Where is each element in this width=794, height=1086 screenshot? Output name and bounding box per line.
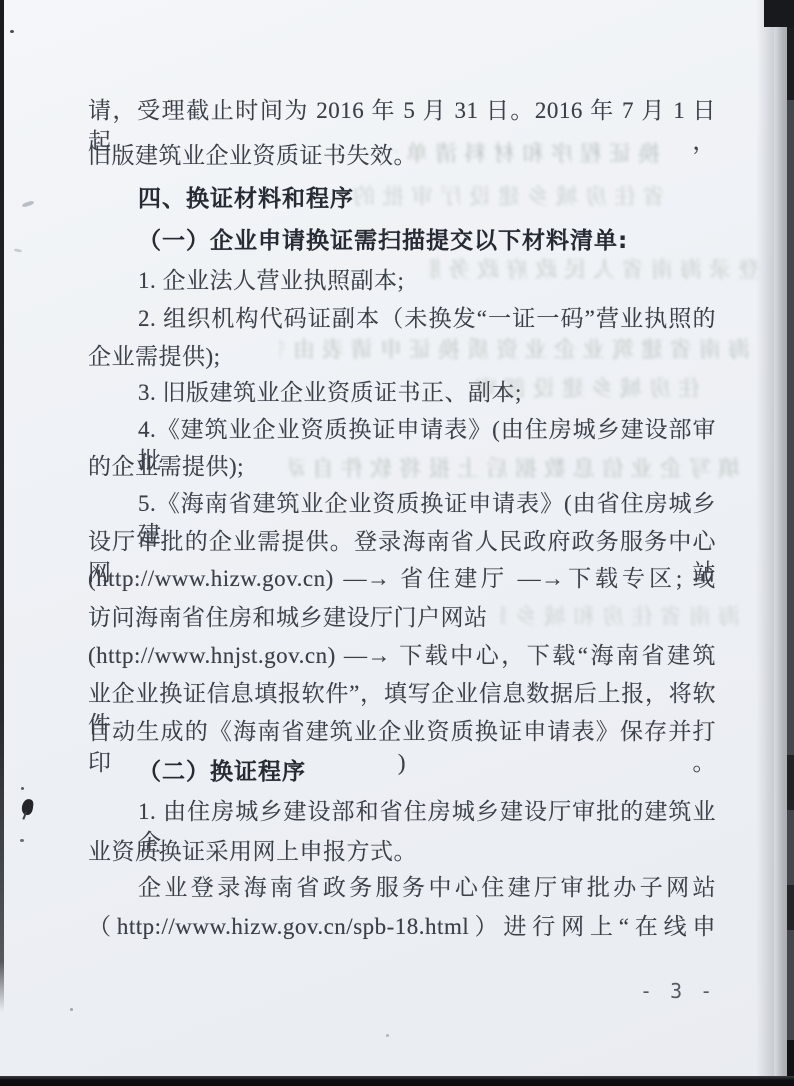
bleedthrough-text: 填写企业信息数据后上报将软件自动生成 [290,452,740,483]
url-line-hizw: (http://www.hizw.gov.cn) —→ 省住建厅 —→下载专区;… [88,563,716,594]
doc-line-login: 企业登录海南省政务服务中心住建厅审批办子网站 [138,872,716,903]
scan-speck [386,1034,389,1037]
bleedthrough-text: 住房城乡建设部审批的 [470,372,700,403]
url-line-hnjst: (http://www.hnjst.gov.cn) —→ 下载中心，下载“海南省… [88,640,716,671]
page-number: - 3 - [640,979,715,1003]
bleedthrough-text: 海南省住房和城乡建设 [500,600,740,631]
bleedthrough-text: 换证程序和材料清单企业资 [395,137,660,168]
scan-speck [14,248,22,253]
scan-edge-segment [787,885,794,930]
bleedthrough-text: 海南省建筑业企业资质换证申请表由省住房城 [280,333,750,364]
scan-corner-top-right [764,0,794,27]
bleedthrough-text: 省住房城乡建设厅审批的企业需 [345,180,665,211]
scan-speck [22,200,35,208]
scan-speck [21,787,24,790]
scan-speck [20,839,24,842]
scan-edge-segment [787,755,794,810]
procedure-item-1-continuation: 业资质换证采用网上申报方式。 [88,836,716,867]
scan-edge-right-dark [787,0,794,1086]
scan-speck [10,30,14,33]
paper-edge-shadow [756,0,774,1086]
scan-edge-left [0,0,4,1012]
ink-blot [21,798,34,815]
subsection-heading-2: （二）换证程序 [138,757,716,788]
scan-speck [70,1008,73,1011]
scan-edge-bottom [0,1076,794,1086]
bleedthrough-text: 登录海南省人民政府政务服务中心 [430,253,760,284]
url-line-spb18: （http://www.hizw.gov.cn/spb-18.html）进行网上… [88,911,716,942]
list-item-2: 2. 组织机构代码证副本（未换发“一证一码”营业执照的 [138,303,716,334]
